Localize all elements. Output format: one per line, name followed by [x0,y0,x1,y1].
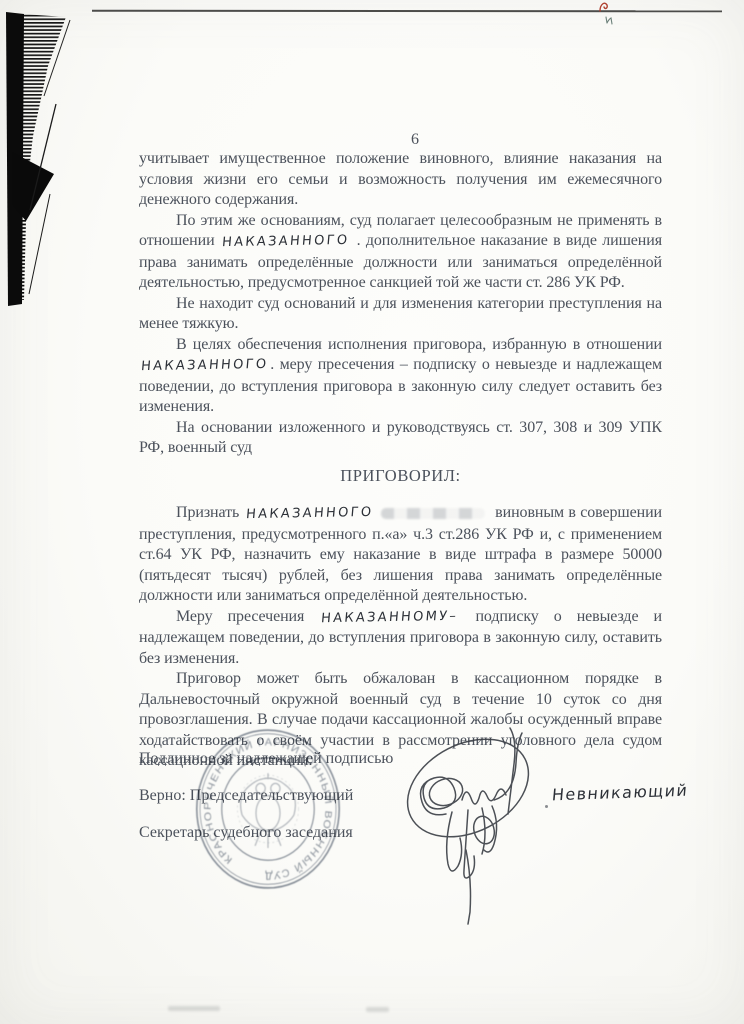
scanned-verdict-page: 6 учитывает имущественное положение вино… [0,0,744,1024]
paragraph: Не находит суд оснований и для изменения… [139,294,662,335]
ink-dot [545,805,548,808]
double-headed-eagle-icon [241,773,296,848]
paragraph: В целях обеспечения исполнения приговора… [139,335,662,418]
handwritten-name-note: Невникающий [551,781,689,805]
small-ink-mark [604,15,614,26]
scan-top-edge-line [92,10,722,13]
scan-smear [168,1006,220,1011]
signature-scribble [396,700,554,928]
paragraph: По этим же основаниям, суд полагает целе… [139,211,662,294]
handwritten-word: НАКАЗАННОГО [219,231,352,254]
stamp-ring-text: КРАСНОРЕЧЕНСКИЙ ГАРНИЗОННЫЙ ВОЕННЫЙ СУД [194,727,342,891]
page-number: 6 [380,131,450,149]
paragraph: учитывает имущественное положение виновн… [139,149,662,211]
svg-text:КРАСНОРЕЧЕНСКИЙ ГАРНИЗОННЫЙ ВО: КРАСНОРЕЧЕНСКИЙ ГАРНИЗОННЫЙ ВОЕННЫЙ СУД [194,727,342,891]
red-pen-mark [598,0,610,13]
scan-smear [366,1007,389,1012]
verdict-heading: ПРИГОВОРИЛ: [139,466,662,487]
erased-text-smudge [381,508,485,519]
paragraph: Меру пресечения НАКАЗАННОМУ– подписку о … [139,607,662,670]
paragraph: На основании изложенного и руководствуяс… [139,418,662,459]
binding-shadow-artifact [0,4,120,316]
handwritten-word: НАКАЗАННОМУ– [318,606,461,629]
court-stamp: КРАСНОРЕЧЕНСКИЙ ГАРНИЗОННЫЙ ВОЕННЫЙ СУД [194,727,342,891]
handwritten-word: НАКАЗАННОГО [138,355,271,378]
document-body: учитывает имущественное положение виновн… [139,149,662,772]
handwritten-word: НАКАЗАННОГО [243,503,376,526]
paragraph: Признать НАКАЗАННОГО виновным в совершен… [139,503,662,607]
